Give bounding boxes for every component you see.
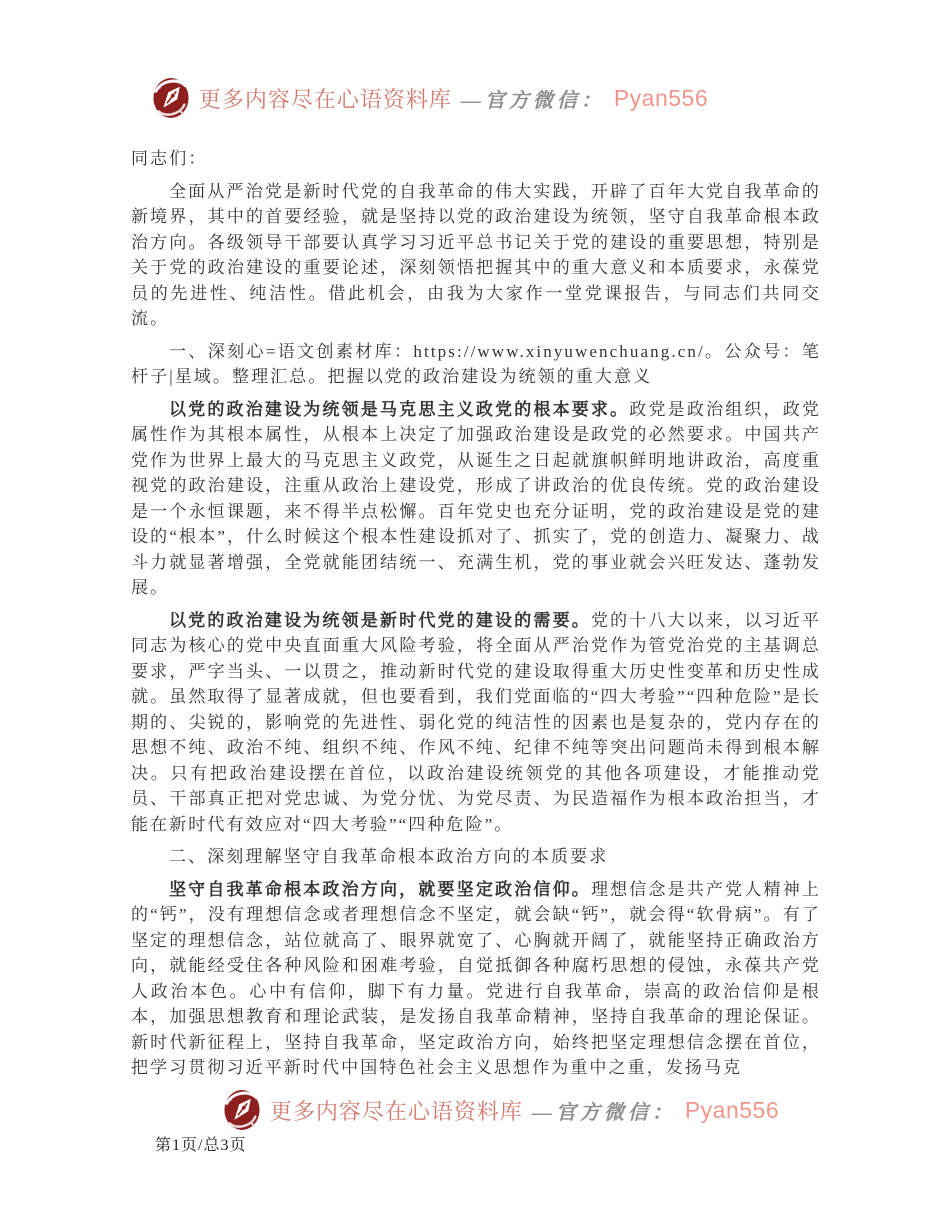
paragraph-1-text: 政党是政治组织，政党属性作为其根本属性，从根本上决定了加强政治建设是政党的必然要… bbox=[131, 400, 821, 598]
paragraph-2-lead: 以党的政治建设为统领是新时代党的建设的需要。 bbox=[169, 611, 591, 630]
watermark-wechat-label: —官方微信： bbox=[461, 84, 605, 113]
paragraph-2: 以党的政治建设为统领是新时代党的建设的需要。党的十八大以来，以习近平同志为核心的… bbox=[131, 608, 821, 838]
watermark-wechat-id: Pyan556 bbox=[614, 85, 708, 112]
paragraph-3-lead: 坚守自我革命根本政治方向，就要坚定政治信仰。 bbox=[169, 880, 591, 899]
pen-nib-emblem-icon bbox=[223, 1088, 261, 1132]
paragraph-3-text: 理想信念是共产党人精神上的“钙”，没有理想信念或者理想信念不坚定，就会缺“钙”，… bbox=[131, 880, 821, 1078]
document-page: 更多内容尽在心语资料库—官方微信：Pyan556 同志们： 全面从严治党是新时代… bbox=[0, 0, 950, 1230]
watermark-text: 更多内容尽在心语资料库 bbox=[270, 1095, 523, 1126]
watermark-wechat-label: —官方微信： bbox=[532, 1096, 676, 1125]
salutation: 同志们： bbox=[131, 146, 821, 172]
section-heading-2: 二、深刻理解坚守自我革命根本政治方向的本质要求 bbox=[131, 844, 821, 870]
page-number: 第1页/总3页 bbox=[155, 1132, 246, 1155]
header-watermark-banner: 更多内容尽在心语资料库—官方微信：Pyan556 bbox=[0, 76, 905, 120]
section-heading-1: 一、深刻心=语文创素材库：https://www.xinyuwenchuang.… bbox=[131, 339, 821, 390]
footer-watermark-banner: 更多内容尽在心语资料库—官方微信：Pyan556 bbox=[26, 1088, 950, 1132]
paragraph-1: 以党的政治建设为统领是马克思主义政党的根本要求。政党是政治组织，政党属性作为其根… bbox=[131, 397, 821, 601]
paragraph-2-text: 党的十八大以来，以习近平同志为核心的党中央直面重大风险考验，将全面从严治党作为管… bbox=[131, 611, 821, 834]
pen-nib-emblem-icon bbox=[152, 76, 190, 120]
paragraph-3: 坚守自我革命根本政治方向，就要坚定政治信仰。理想信念是共产党人精神上的“钙”，没… bbox=[131, 877, 821, 1081]
watermark-text: 更多内容尽在心语资料库 bbox=[199, 83, 452, 114]
watermark-wechat-id: Pyan556 bbox=[685, 1097, 779, 1124]
document-body: 同志们： 全面从严治党是新时代党的自我革命的伟大实践，开辟了百年大党自我革命的新… bbox=[131, 146, 821, 1088]
intro-paragraph: 全面从严治党是新时代党的自我革命的伟大实践，开辟了百年大党自我革命的新境界，其中… bbox=[131, 179, 821, 332]
paragraph-1-lead: 以党的政治建设为统领是马克思主义政党的根本要求。 bbox=[169, 400, 629, 419]
